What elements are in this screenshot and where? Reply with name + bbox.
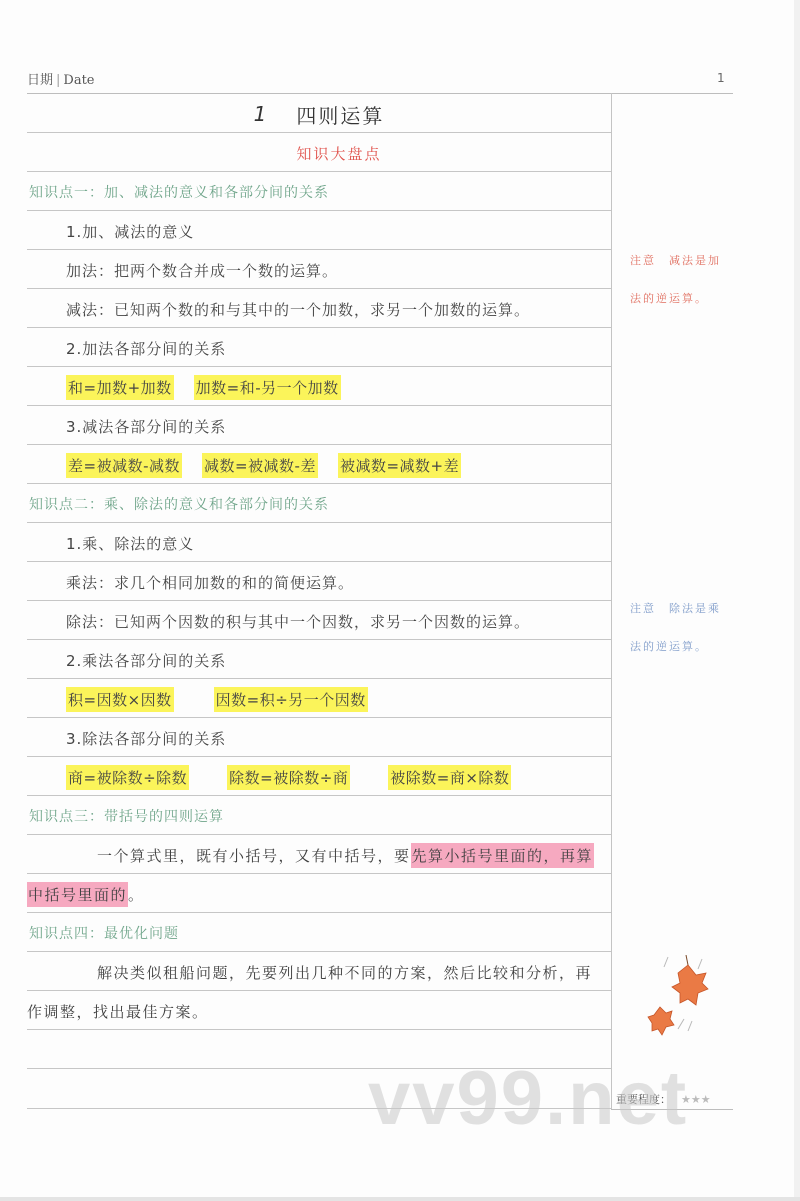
formula: 商=被除数÷除数 [66, 765, 189, 790]
page-edge-bottom [0, 1197, 800, 1201]
kp2-item2: 2.乘法各部分间的关系 [27, 641, 650, 679]
kp2-item1: 1.乘、除法的意义 [27, 524, 650, 562]
multiplication-formulas: 积=因数×因数 因数=积÷另一个因数 [27, 680, 650, 718]
kp3-paragraph-line2: 中括号里面的。 [27, 875, 611, 913]
margin-note-division-line1: 注意 除法是乘 [630, 600, 721, 616]
pink-highlight: 中括号里面的 [27, 882, 128, 907]
division-formulas: 商=被除数÷除数 除数=被除数÷商 被除数=商×除数 [27, 758, 650, 796]
subtraction-formulas: 差=被减数-减数 减数=被减数-差 被减数=减数+差 [27, 446, 650, 484]
formula: 减数=被减数-差 [202, 453, 318, 478]
title-number: 1 [254, 102, 269, 126]
maple-leaves-icon [640, 955, 730, 1045]
top-rule [27, 93, 733, 94]
subtraction-definition: 减法：已知两个数的和与其中的一个加数，求另一个加数的运算。 [27, 290, 650, 328]
kp4-heading: 知识点四：最优化问题 [27, 914, 613, 952]
title-text: 四则运算 [296, 100, 384, 129]
kp2-item3: 3.除法各部分间的关系 [27, 719, 650, 757]
margin-note-subtraction-line2: 法的逆运算。 [630, 290, 708, 306]
kp4-paragraph-line2: 作调整，找出最佳方案。 [27, 992, 611, 1030]
page-title: 1 四则运算 [27, 95, 611, 133]
addition-formulas: 和=加数+加数 加数=和-另一个加数 [27, 368, 650, 406]
multiplication-definition: 乘法：求几个相同加数的和的简便运算。 [27, 563, 650, 601]
kp1-item3: 3.减法各部分间的关系 [27, 407, 650, 445]
page-edge-right [794, 0, 800, 1201]
date-separator: | [56, 73, 60, 88]
date-header: 日期|Date [27, 69, 95, 88]
page-number: 1 [717, 71, 725, 85]
kp1-item2: 2.加法各部分间的关系 [27, 329, 650, 367]
formula: 因数=积÷另一个因数 [214, 687, 368, 712]
kp1-heading: 知识点一：加、减法的意义和各部分间的关系 [27, 173, 613, 211]
kp2-heading: 知识点二：乘、除法的意义和各部分间的关系 [27, 485, 613, 523]
formula: 积=因数×因数 [66, 687, 174, 712]
paragraph-text: 一个算式里，既有小括号，又有中括号，要 [97, 845, 411, 866]
kp3-paragraph-line1: 一个算式里，既有小括号，又有中括号，要先算小括号里面的，再算 [27, 836, 681, 874]
division-definition: 除法：已知两个因数的积与其中一个因数，求另一个因数的运算。 [27, 602, 650, 640]
margin-note-division-line2: 法的逆运算。 [630, 638, 708, 654]
kp1-item1: 1.加、减法的意义 [27, 212, 650, 250]
formula: 被减数=减数+差 [338, 453, 461, 478]
subtitle: 知识大盘点 [27, 134, 631, 172]
date-label-en: Date [63, 73, 94, 88]
paragraph-text: 。 [128, 884, 145, 905]
kp3-heading: 知识点三：带括号的四则运算 [27, 797, 613, 835]
formula: 加数=和-另一个加数 [194, 375, 341, 400]
watermark: vv99.net [368, 1055, 688, 1142]
addition-definition: 加法：把两个数合并成一个数的运算。 [27, 251, 650, 289]
margin-note-subtraction-line1: 注意 减法是加 [630, 252, 721, 268]
date-label-cn: 日期 [27, 73, 53, 88]
formula: 除数=被除数÷商 [227, 765, 350, 790]
formula: 被除数=商×除数 [388, 765, 511, 790]
pink-highlight: 先算小括号里面的，再算 [411, 843, 595, 868]
formula: 和=加数+加数 [66, 375, 174, 400]
kp4-paragraph-line1: 解决类似租船问题，先要列出几种不同的方案，然后比较和分析，再 [27, 953, 681, 991]
formula: 差=被减数-减数 [66, 453, 182, 478]
